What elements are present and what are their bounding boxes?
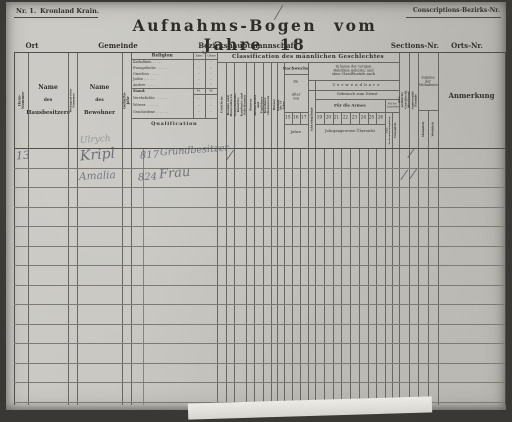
column-header-anmerkung: Anmerkung: [438, 92, 505, 100]
stand-dash-b-3-text: –: [210, 111, 212, 114]
column-header-achtzehnjaehrige: Achtzehnjährige: [308, 90, 315, 148]
column-header-geburts-jahr: Geburts-Jahr: [122, 52, 131, 148]
summe-subcolumn-maennlich-text: Männlich: [421, 121, 424, 137]
stand-col-w-text: W.: [209, 90, 213, 93]
stand-dash-a-2-text: –: [198, 104, 200, 107]
stand-row-1: Verehelichte . . . . . .: [133, 96, 191, 102]
h-line-20: [14, 246, 505, 247]
h-line-21: [14, 265, 505, 266]
form-content: Nr. 1. Kronland Krain. Conscriptions-Bez…: [0, 0, 512, 422]
religion-dash-a-3: –: [193, 71, 205, 77]
stand-col-m-text: M.: [197, 90, 201, 93]
religion-dash-b-2: –: [205, 65, 217, 71]
v-line-4: [77, 52, 78, 405]
armee-age-25: 25: [368, 113, 377, 124]
field-label-sections-nr: Sections-Nr.: [388, 42, 442, 50]
summe-header-text: Summe der Wohnleute: [419, 76, 437, 88]
religion-dash-a-4: –: [193, 77, 205, 83]
armee-age-22-text: 22: [343, 116, 348, 121]
classification-category-6-text: Inwohner (Beisassen): [264, 95, 270, 114]
religion-dash-a-1-text: –: [198, 61, 200, 64]
nachwuchs-age-17-text: 17: [301, 116, 307, 121]
nachwuchs-age-15: 15: [284, 113, 292, 124]
crownland-label: Kronland Krain.: [40, 8, 99, 15]
religion-dash-b-4-text: –: [210, 78, 212, 81]
classification-category-1: Geistliche: [217, 62, 226, 148]
armee-age-24-text: 24: [360, 116, 365, 121]
uebersicht-label: Jahrgangsweise Übersicht: [315, 125, 385, 137]
qualification-label: Qualification: [131, 120, 217, 128]
stand-header-text: Stand:: [133, 89, 145, 93]
religion-dash-b-4: –: [205, 77, 217, 83]
armee-age-21: 21: [333, 113, 342, 124]
v-line-1: [505, 52, 506, 405]
h-line-0: [14, 52, 505, 53]
h-line-23: [14, 304, 505, 305]
field-label-orts-nr: Orts-Nr.: [445, 42, 489, 50]
field-label-gemeinde: Gemeinde: [95, 42, 141, 50]
stand-dash-b-1-text: –: [210, 97, 212, 100]
h-line-17: [14, 187, 505, 188]
stand-dash-b-3: –: [205, 109, 217, 115]
religion-dash-b-1-text: –: [210, 61, 212, 64]
v-line-44: [392, 112, 393, 405]
rest-header: In keine der vorigen Rubriken gehörig, u…: [309, 63, 398, 80]
hausbesitzer-line3: Hausbesitzers: [26, 110, 70, 116]
bewohner-line2: des: [95, 98, 104, 103]
handwritten-geburtsjahr-1: 817: [140, 150, 160, 162]
stand-row-2-text: Witwer . . . . . .: [133, 104, 158, 108]
armee-age-26-text: 26: [378, 116, 383, 121]
religion-header-text: Religion: [151, 53, 172, 58]
stand-dash-b-2: –: [205, 102, 217, 108]
h-line-26: [14, 363, 505, 364]
religion-row-4-text: Juden . . . . .: [133, 77, 154, 81]
h-line-25: [14, 343, 505, 344]
column-header-hausbesitzer: Name des Hausbesitzers: [28, 56, 68, 144]
religion-dash-a-1: –: [193, 60, 205, 66]
v-line-11: [438, 52, 439, 405]
v-line-6: [131, 52, 132, 405]
classification-category-6: Inwohner (Beisassen): [263, 62, 271, 148]
field-label-bezirkshauptmannschaft: Bezirkshauptmannschaft: [190, 42, 305, 50]
stand-dash-a-3-text: –: [198, 111, 200, 114]
stand-dash-a-1: –: [193, 96, 205, 102]
armee-age-21-text: 21: [334, 116, 339, 121]
religion-dash-b-1: –: [205, 60, 217, 66]
stand-dash-a-2: –: [193, 102, 205, 108]
nachwuchs-age-17: 17: [300, 113, 308, 124]
nachwuchs-jahre: Jahre: [284, 126, 308, 138]
handwritten-haus-nr: 13: [16, 149, 31, 163]
nachwuchs-header: Nachwuchs: [284, 63, 308, 73]
stand-row-3-text: Geschiedene . . . . . .: [133, 110, 168, 114]
column-header-anwesende-fremde-text: Anwesende Fremde: [410, 91, 416, 109]
religion-dash-b-3: –: [205, 71, 217, 77]
nachwuchs-age-16-text: 16: [293, 116, 299, 121]
armee-age-23-text: 23: [352, 116, 357, 121]
religion-col-ohne-text: Ohne: [207, 54, 216, 57]
column-header-knaben: Knaben bis 14 Jahre: [277, 62, 284, 148]
field-label-ort: Ort: [20, 42, 44, 50]
summe-subcolumn-weiblich-text: Weiblich: [431, 122, 434, 136]
classification-category-5: Hilfsarbeiter und Taglöhner: [254, 62, 263, 148]
armee-age-22: 22: [341, 113, 350, 124]
stand-row-3: Geschiedene . . . . . .: [133, 109, 191, 115]
religion-dash-a-4-text: –: [198, 78, 200, 81]
religion-row-5: Andere . . . . .: [133, 82, 191, 88]
nachwuchs-im: Im: [284, 77, 308, 86]
gebrauch-label-text: Gebrauch zum Dienst: [336, 92, 377, 96]
religion-row-3: Griechen . . . . .: [133, 71, 191, 77]
landwehr-subcolumn-2: Untaugliche: [392, 112, 399, 148]
religion-dash-b-5-text: –: [210, 83, 212, 86]
religion-dash-a-5: –: [193, 82, 205, 88]
armee-age-19-text: 19: [317, 116, 322, 121]
tally-mark-r2-a: /: [401, 168, 407, 183]
stand-header: Stand:: [133, 89, 173, 95]
conscription-district-label: Conscriptions-Bezirks-Nr.: [400, 8, 500, 15]
religion-row-2-text: Evangelische . . . . .: [133, 66, 166, 70]
handwritten-name-above: Ulrych: [80, 134, 111, 146]
nachwuchs-header-text: Nachwuchs: [283, 66, 309, 70]
armee-age-25-text: 25: [369, 116, 374, 121]
classification-header: Classification des männlichen Geschlecht…: [218, 54, 398, 60]
handwritten-bewohner-2: Amalia: [79, 169, 116, 183]
verwendbare-label: Verwendbare: [315, 81, 399, 90]
stand-dash-b-1: –: [205, 96, 217, 102]
verwendbare-label-text: Verwendbare: [333, 83, 382, 87]
column-header-haus-nummer: Haus-Nummer: [14, 52, 28, 148]
landwehr-subcolumn-1-text: Über Sechsundzwanzigjährige: [386, 116, 390, 144]
landwehr-label-text: Für die Landwehr: [387, 103, 397, 108]
stand-row-1-text: Verehelichte . . . . . .: [133, 97, 167, 101]
column-header-wohnparteien-nummer: Wohnparteien-Nummer: [68, 52, 77, 148]
stand-dash-a-3: –: [193, 109, 205, 115]
classification-category-7-text: Diener: [272, 99, 275, 110]
religion-dash-b-2-text: –: [210, 66, 212, 69]
h-line-27: [14, 382, 505, 383]
v-line-2: [28, 52, 29, 405]
classification-category-1-text: Geistliche: [220, 97, 223, 114]
armee-label-text: Für die Armee: [334, 103, 366, 107]
column-header-haus-nummer-text: Haus-Nummer: [17, 91, 24, 108]
religion-dash-a-2-text: –: [198, 66, 200, 69]
armee-age-20: 20: [324, 113, 333, 124]
nachwuchs-age-16: 16: [292, 113, 300, 124]
gebrauch-label: Gebrauch zum Dienst: [315, 90, 399, 99]
armee-label: Für die Armee: [315, 100, 385, 111]
religion-row-3-text: Griechen . . . . .: [133, 72, 159, 76]
armee-age-24: 24: [359, 113, 368, 124]
religion-dash-b-5: –: [205, 82, 217, 88]
tally-mark-r2-b: /: [410, 167, 416, 182]
summe-subcolumn-weiblich: Weiblich: [428, 110, 438, 148]
h-line-16: [14, 168, 505, 169]
nachwuchs-jahre-text: Jahre: [291, 130, 302, 134]
classification-category-2-text: Beamte und Honoratioren: [227, 94, 233, 116]
h-line-18: [14, 207, 505, 208]
religion-row-5-text: Andere . . . . .: [133, 83, 156, 87]
stand-row-2: Witwer . . . . . .: [133, 102, 191, 108]
armee-age-23: 23: [350, 113, 359, 124]
religion-row-1: Katholiken . . . . .: [133, 60, 191, 66]
uebersicht-label-text: Jahrgangsweise Übersicht: [325, 129, 375, 133]
h-line-13: [284, 124, 308, 125]
stand-col-w: W.: [205, 89, 217, 95]
armee-age-19: 19: [315, 113, 324, 124]
hausbesitzer-line2: des: [44, 98, 53, 103]
tally-mark-r1-a: /: [227, 148, 233, 163]
h-line-22: [14, 285, 505, 286]
landwehr-subcolumn-2-text: Untaugliche: [394, 122, 396, 138]
column-header-weibliches-geschlecht: Das weibliche Geschlecht überhaupt: [399, 52, 409, 148]
religion-col-ohne: Ohne: [205, 53, 217, 59]
form-number-label: Nr. 1.: [16, 8, 36, 15]
religion-row-4: Juden . . . . .: [133, 77, 191, 83]
handwritten-qualification-1: Grundbesitzer: [160, 143, 230, 159]
handwritten-bewohner-1: Kripl: [79, 146, 115, 165]
nachwuchs-alter-von-text: Alter von: [290, 93, 302, 101]
summe-header: Summe der Wohnleute: [418, 56, 438, 108]
religion-row-2: Evangelische . . . . .: [133, 65, 191, 71]
h-line-24: [14, 324, 505, 325]
column-header-wohnparteien-nummer-text: Wohnparteien-Nummer: [69, 88, 75, 112]
h-line-7: [284, 74, 308, 75]
h-line-19: [14, 226, 505, 227]
religion-dash-a-5-text: –: [198, 83, 200, 86]
landwehr-label: Für die Landwehr: [385, 100, 399, 112]
heading-underline-right: [406, 17, 501, 18]
v-line-45: [428, 110, 429, 405]
column-header-bewohner: Name des Bewohner: [77, 56, 122, 144]
religion-dash-b-3-text: –: [210, 72, 212, 75]
column-header-anwesende-fremde: Anwesende Fremde: [409, 52, 418, 148]
hausbesitzer-line1: Name: [38, 84, 58, 91]
armee-age-20-text: 20: [325, 116, 330, 121]
summe-subcolumn-maennlich: Männlich: [418, 110, 428, 148]
religion-dash-a-3-text: –: [198, 72, 200, 75]
classification-category-5-text: Hilfsarbeiter und Taglöhner: [254, 94, 263, 115]
armee-age-26: 26: [376, 113, 385, 124]
religion-col-zahl: Zahl: [193, 53, 205, 59]
bewohner-line3: Bewohner: [84, 110, 115, 116]
classification-category-3: Gewerbsleute, Künstler, Kaufleute und Fa…: [234, 62, 246, 148]
rest-header-text: In keine der vorigen Rubriken gehörig, u…: [331, 65, 376, 77]
heading-underline-left: [14, 17, 98, 18]
nachwuchs-age-15-text: 15: [285, 116, 291, 121]
religion-dash-a-2: –: [193, 65, 205, 71]
nachwuchs-alter-von: Alter von: [284, 87, 308, 107]
column-header-achtzehnjaehrige-text: Achtzehnjährige: [310, 107, 313, 131]
stand-dash-b-2-text: –: [210, 104, 212, 107]
landwehr-subcolumn-1: Über Sechsundzwanzigjährige: [385, 112, 392, 148]
handwritten-geburtsjahr-2: 824: [138, 172, 158, 184]
scanned-census-form: Nr. 1. Kronland Krain. Conscriptions-Bez…: [0, 0, 512, 422]
qualification-label-text: Qualification: [151, 121, 197, 127]
classification-category-3-text: Gewerbsleute, Künstler, Kaufleute und Fa…: [234, 93, 246, 116]
religion-row-1-text: Katholiken . . . . .: [133, 60, 162, 64]
bewohner-line1: Name: [90, 84, 110, 91]
nachwuchs-im-text: Im: [294, 80, 299, 84]
religion-col-zahl-text: Zahl: [195, 54, 202, 57]
column-header-geburts-jahr-text: Geburts-Jahr: [123, 91, 130, 108]
stand-dash-a-1-text: –: [198, 97, 200, 100]
stand-col-m: M.: [193, 89, 205, 95]
tally-mark-r1-b: /: [408, 146, 414, 161]
classification-category-4-text: Bauern: [248, 99, 251, 111]
handwritten-qualification-2: Frau: [158, 165, 191, 183]
religion-header: Religion: [131, 53, 193, 59]
